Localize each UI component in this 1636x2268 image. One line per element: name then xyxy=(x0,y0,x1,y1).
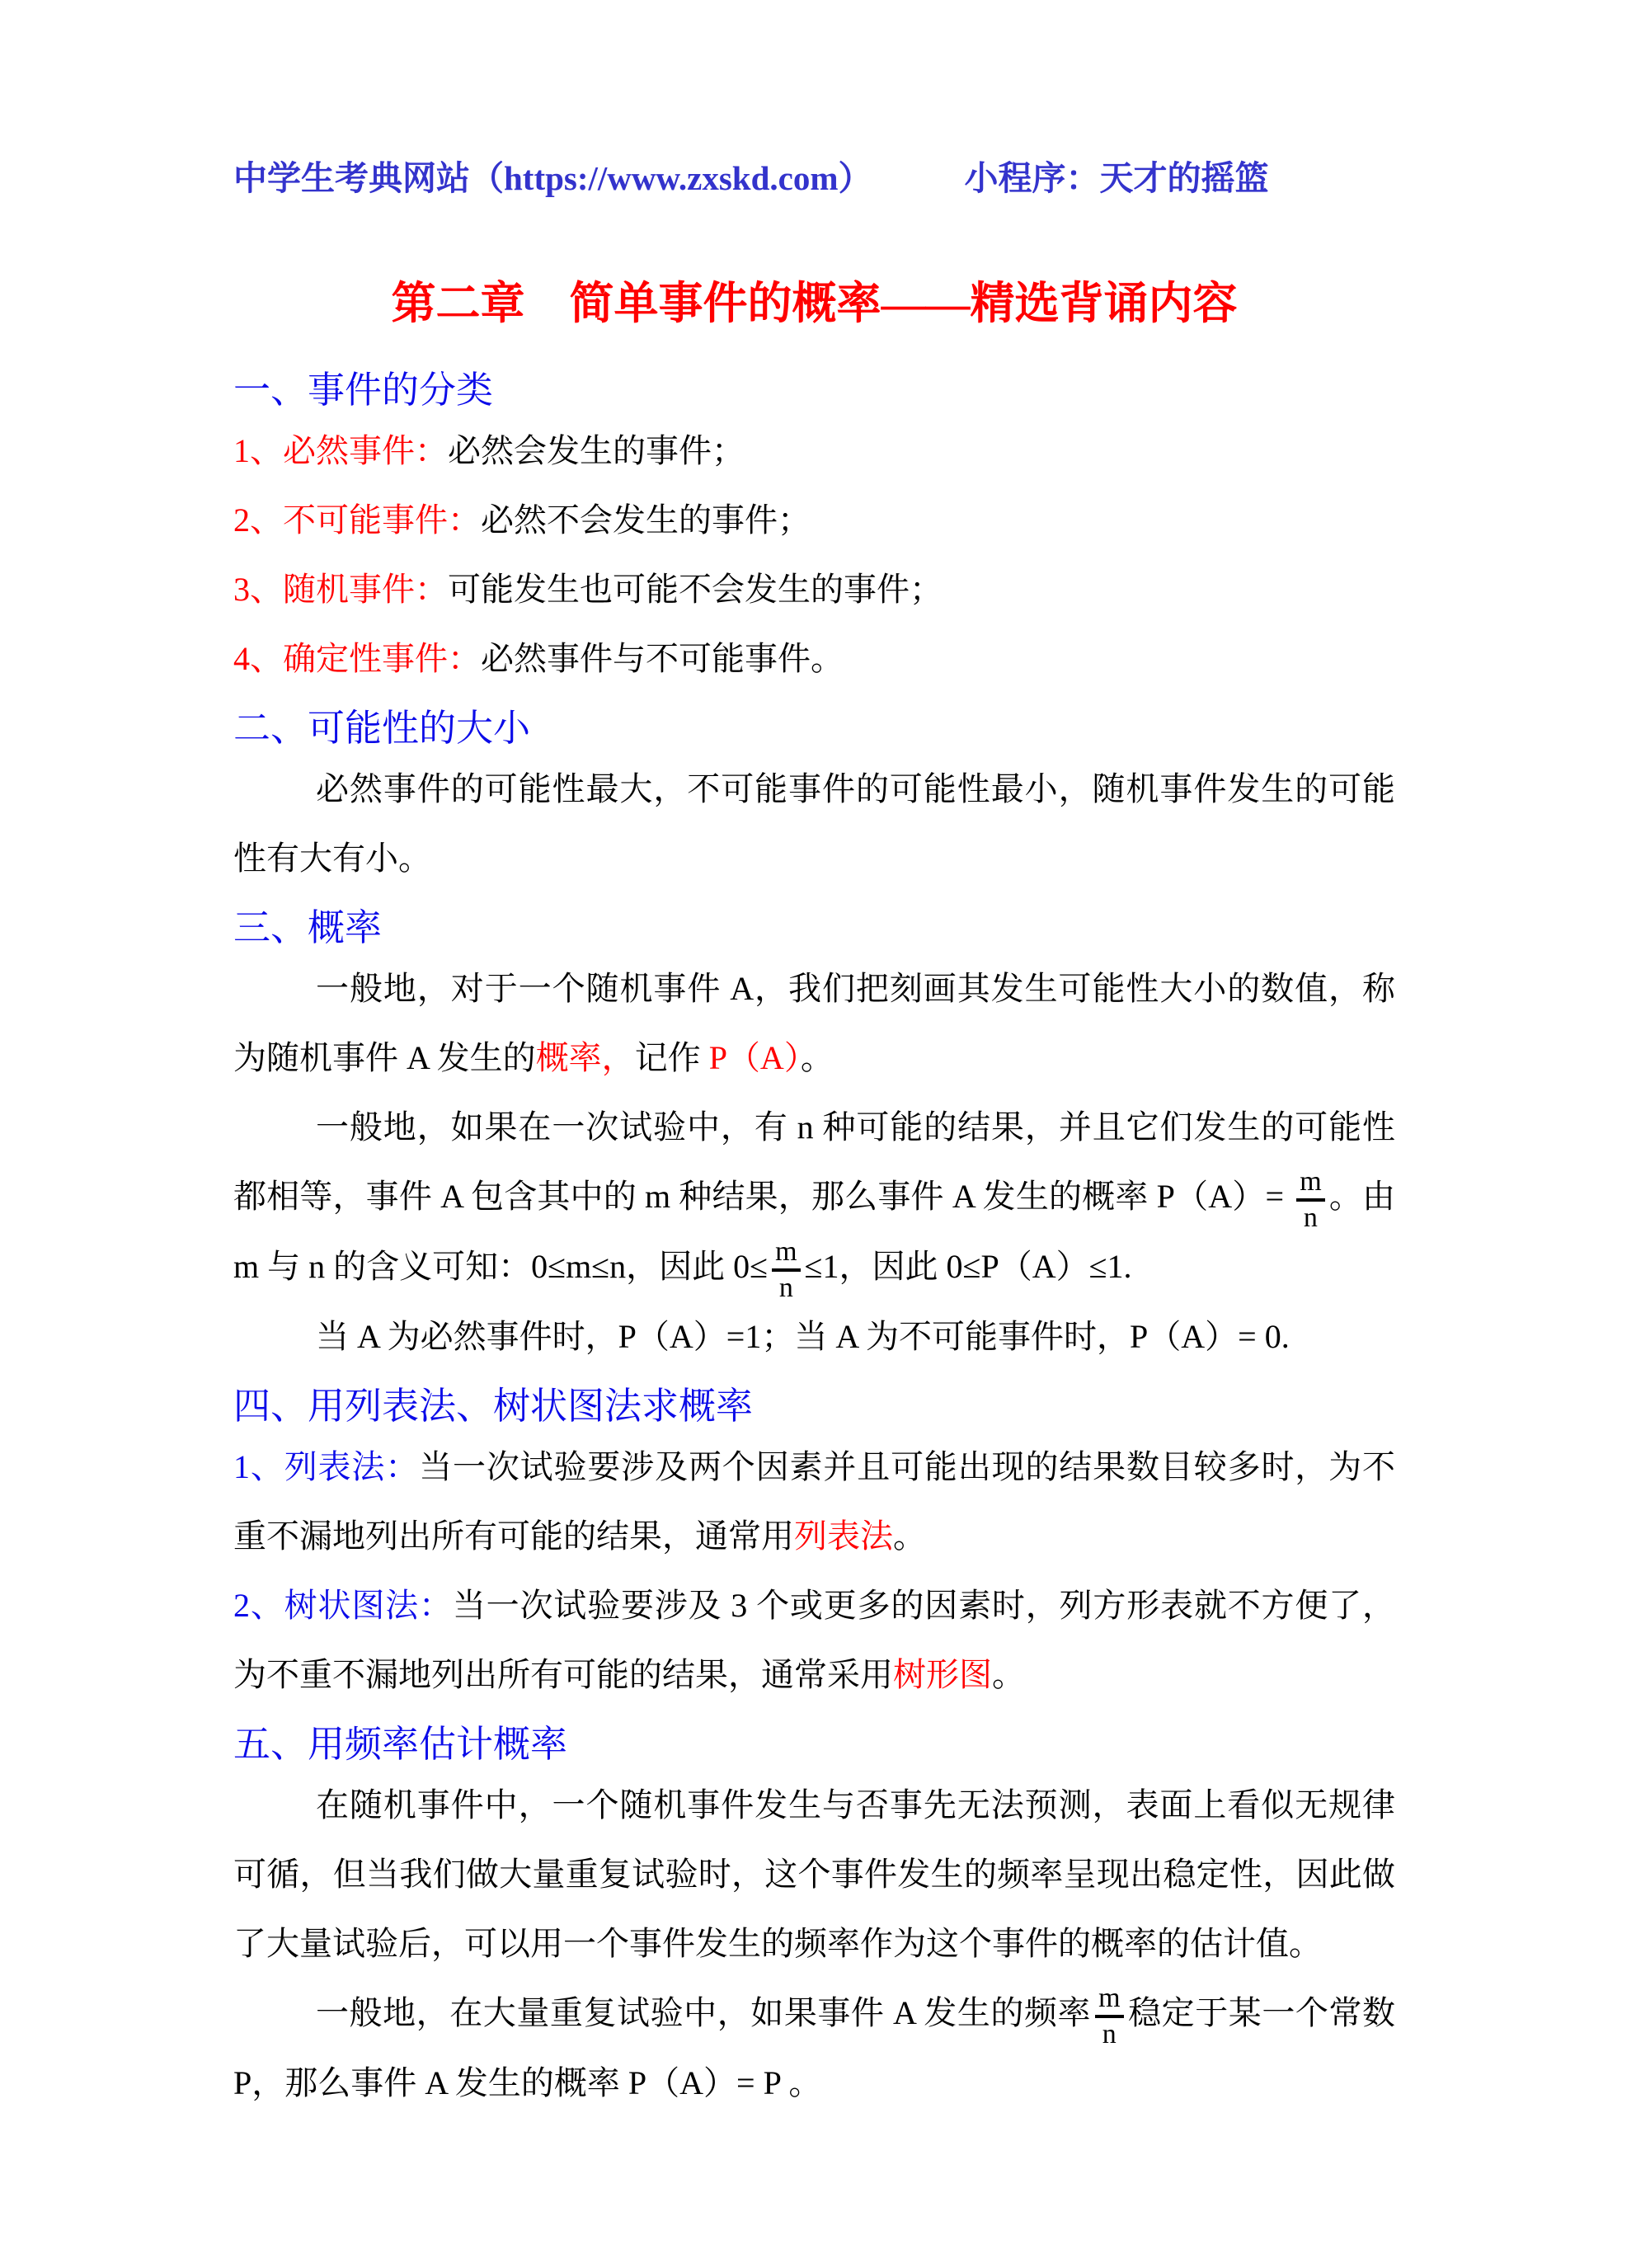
item-label: 3、随机事件： xyxy=(233,571,448,608)
text-segment: ≤1，因此 0≤P（A）≤1. xyxy=(805,1248,1132,1285)
paragraph-probability-extremes: 当 A 为必然事件时，P（A）=1；当 A 为不可能事件时，P（A）= 0. xyxy=(233,1302,1395,1372)
paragraph-probability-definition: 一般地，对于一个随机事件 A，我们把刻画其发生可能性大小的数值，称为随机事件 A… xyxy=(233,954,1395,1093)
method-item-list: 1、列表法：当一次试验要涉及两个因素并且可能出现的结果数目较多时，为不重不漏地列… xyxy=(233,1433,1395,1571)
section-heading-likelihood: 二、可能性的大小 xyxy=(233,707,1395,750)
site-name: 中学生考典网站（https://www.zxskd.com） xyxy=(233,159,872,197)
classification-item-1: 1、必然事件：必然会发生的事件； xyxy=(233,416,1395,486)
doc-title: 第二章 简单事件的概率——精选背诵内容 xyxy=(233,278,1395,329)
text-segment: 。 xyxy=(801,1039,834,1076)
fraction-denominator: n xyxy=(1095,2018,1123,2049)
section-heading-frequency-estimate: 五、用频率估计概率 xyxy=(233,1723,1395,1766)
item-text: 必然事件与不可能事件。 xyxy=(481,640,844,677)
item-label: 4、确定性事件： xyxy=(233,640,481,677)
paragraph-frequency-stability: 在随机事件中，一个随机事件发生与否事先无法预测，表面上看似无规律可循，但当我们做… xyxy=(233,1771,1395,1979)
item-label: 2、树状图法： xyxy=(233,1587,453,1624)
fraction-numerator: m xyxy=(1296,1168,1324,1202)
highlight-term-gailv: 概率， xyxy=(536,1039,635,1076)
fraction-m-over-n: mn xyxy=(772,1238,800,1302)
fraction-m-over-n: mn xyxy=(1296,1168,1324,1232)
text-segment: 一般地，在大量重复试验中，如果事件 A 发生的频率 xyxy=(316,1994,1091,2031)
section-heading-probability: 三、概率 xyxy=(233,906,1395,949)
item-label: 1、列表法： xyxy=(233,1448,419,1485)
fraction-denominator: n xyxy=(772,1272,800,1302)
item-text: 必然会发生的事件； xyxy=(448,432,745,469)
text-segment: 。 xyxy=(992,1656,1025,1693)
fraction-numerator: m xyxy=(1095,1984,1123,2018)
fraction-numerator: m xyxy=(772,1238,800,1272)
section-heading-table-tree-methods: 四、用列表法、树状图法求概率 xyxy=(233,1385,1395,1428)
text-segment: 记作 xyxy=(635,1039,709,1076)
item-label: 1、必然事件： xyxy=(233,432,448,469)
mini-program-label: 小程序：天才的摇篮 xyxy=(964,159,1268,197)
paragraph-likelihood: 必然事件的可能性最大，不可能事件的可能性最小，随机事件发生的可能性有大有小。 xyxy=(233,755,1395,893)
highlight-term-pa: P（A） xyxy=(709,1039,801,1076)
document-page: 中学生考典网站（https://www.zxskd.com）小程序：天才的摇篮 … xyxy=(0,0,1636,2268)
item-label: 2、不可能事件： xyxy=(233,501,481,539)
classification-item-4: 4、确定性事件：必然事件与不可能事件。 xyxy=(233,624,1395,694)
highlight-term-liebiaofa: 列表法 xyxy=(794,1517,893,1555)
item-text: 可能发生也可能不会发生的事件； xyxy=(448,571,943,608)
section-heading-classification: 一、事件的分类 xyxy=(233,369,1395,412)
paragraph-frequency-formula: 一般地，在大量重复试验中，如果事件 A 发生的频率mn稳定于某一个常数 P，那么… xyxy=(233,1979,1395,2118)
text-segment: 一般地，如果在一次试验中，有 n 种可能的结果，并且它们发生的可能性都相等，事件… xyxy=(233,1108,1395,1215)
text-segment: 。 xyxy=(893,1517,926,1555)
classification-item-3: 3、随机事件：可能发生也可能不会发生的事件； xyxy=(233,555,1395,624)
classification-item-2: 2、不可能事件：必然不会发生的事件； xyxy=(233,486,1395,555)
page-header: 中学生考典网站（https://www.zxskd.com）小程序：天才的摇篮 xyxy=(233,157,1395,200)
highlight-term-shuxingtu: 树形图 xyxy=(893,1656,992,1693)
fraction-m-over-n: mn xyxy=(1095,1984,1123,2049)
method-item-tree: 2、树状图法：当一次试验要涉及 3 个或更多的因素时，列方形表就不方便了，为不重… xyxy=(233,1571,1395,1710)
paragraph-probability-formula: 一般地，如果在一次试验中，有 n 种可能的结果，并且它们发生的可能性都相等，事件… xyxy=(233,1093,1395,1302)
item-text: 必然不会发生的事件； xyxy=(481,501,811,539)
fraction-denominator: n xyxy=(1296,1202,1324,1232)
